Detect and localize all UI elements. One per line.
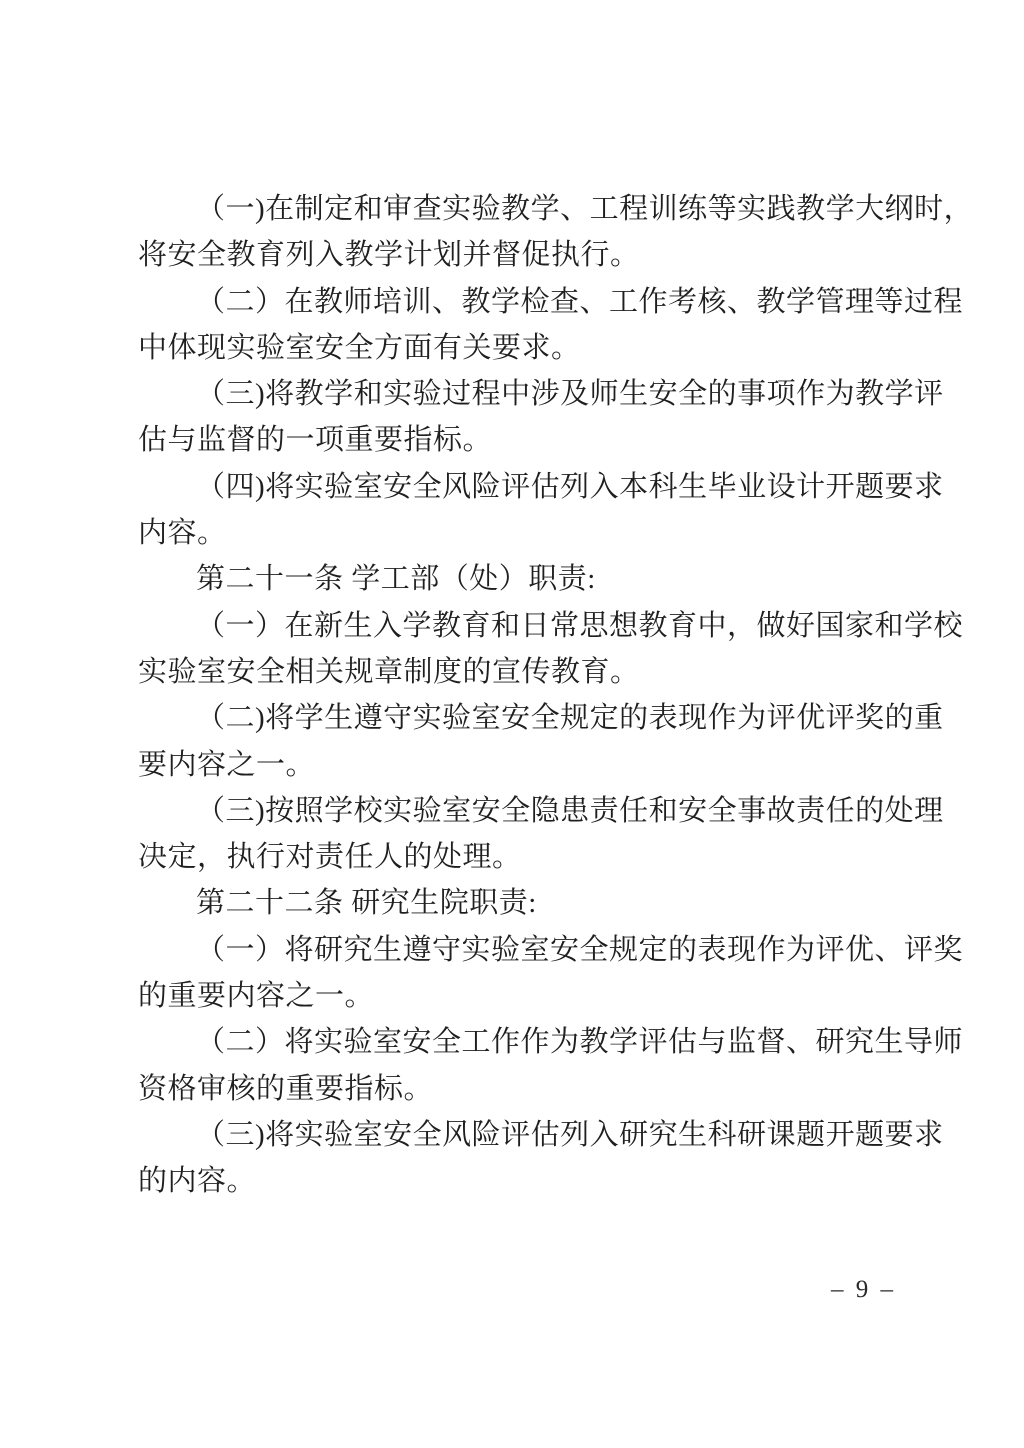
text-line: 中体现实验室安全方面有关要求。 — [138, 325, 908, 371]
text-line: （三)将教学和实验过程中涉及师生安全的事项作为教学评 — [138, 371, 908, 417]
paragraph-item-5: （一）在新生入学教育和日常思想教育中，做好国家和学校 实验室安全相关规章制度的宣… — [138, 603, 908, 696]
document-body: （一)在制定和审查实验教学、工程训练等实践教学大纲时， 将安全教育列入教学计划并… — [138, 186, 908, 1205]
paragraph-item-8: （一）将研究生遵守实验室安全规定的表现作为评优、评奖 的重要内容之一。 — [138, 927, 908, 1020]
paragraph-item-6: （二)将学生遵守实验室安全规定的表现作为评优评奖的重 要内容之一。 — [138, 695, 908, 788]
text-line: （二）在教师培训、教学检查、工作考核、教学管理等过程 — [138, 279, 908, 325]
text-line: 估与监督的一项重要指标。 — [138, 417, 908, 463]
text-line: 实验室安全相关规章制度的宣传教育。 — [138, 649, 908, 695]
paragraph-item-3: （三)将教学和实验过程中涉及师生安全的事项作为教学评 估与监督的一项重要指标。 — [138, 371, 908, 464]
article-heading-line: 第二十二条 研究生院职责: — [138, 880, 908, 926]
text-line: 的内容。 — [138, 1158, 908, 1204]
text-line: （一）将研究生遵守实验室安全规定的表现作为评优、评奖 — [138, 927, 908, 973]
text-line: （一)在制定和审查实验教学、工程训练等实践教学大纲时， — [138, 186, 908, 232]
paragraph-item-2: （二）在教师培训、教学检查、工作考核、教学管理等过程 中体现实验室安全方面有关要… — [138, 279, 908, 372]
text-line: （四)将实验室安全风险评估列入本科生毕业设计开题要求 — [138, 464, 908, 510]
text-line: （一）在新生入学教育和日常思想教育中，做好国家和学校 — [138, 603, 908, 649]
text-line: 要内容之一。 — [138, 742, 908, 788]
paragraph-item-4: （四)将实验室安全风险评估列入本科生毕业设计开题要求 内容。 — [138, 464, 908, 557]
text-line: 将安全教育列入教学计划并督促执行。 — [138, 232, 908, 278]
article-heading-21: 第二十一条 学工部（处）职责: — [138, 556, 908, 602]
text-line: （二）将实验室安全工作作为教学评估与监督、研究生导师 — [138, 1019, 908, 1065]
text-line: （三)按照学校实验室安全隐患责任和安全事故责任的处理 — [138, 788, 908, 834]
text-line: 资格审核的重要指标。 — [138, 1066, 908, 1112]
paragraph-item-9: （二）将实验室安全工作作为教学评估与监督、研究生导师 资格审核的重要指标。 — [138, 1019, 908, 1112]
article-heading-22: 第二十二条 研究生院职责: — [138, 880, 908, 926]
text-line: （三)将实验室安全风险评估列入研究生科研课题开题要求 — [138, 1112, 908, 1158]
article-heading-line: 第二十一条 学工部（处）职责: — [138, 556, 908, 602]
text-line: （二)将学生遵守实验室安全规定的表现作为评优评奖的重 — [138, 695, 908, 741]
text-line: 内容。 — [138, 510, 908, 556]
page-number: – 9 – — [831, 1276, 896, 1304]
document-page: （一)在制定和审查实验教学、工程训练等实践教学大纲时， 将安全教育列入教学计划并… — [0, 0, 1024, 1448]
text-line: 决定，执行对责任人的处理。 — [138, 834, 908, 880]
paragraph-item-10: （三)将实验室安全风险评估列入研究生科研课题开题要求 的内容。 — [138, 1112, 908, 1205]
text-line: 的重要内容之一。 — [138, 973, 908, 1019]
paragraph-item-7: （三)按照学校实验室安全隐患责任和安全事故责任的处理 决定，执行对责任人的处理。 — [138, 788, 908, 881]
paragraph-item-1: （一)在制定和审查实验教学、工程训练等实践教学大纲时， 将安全教育列入教学计划并… — [138, 186, 908, 279]
